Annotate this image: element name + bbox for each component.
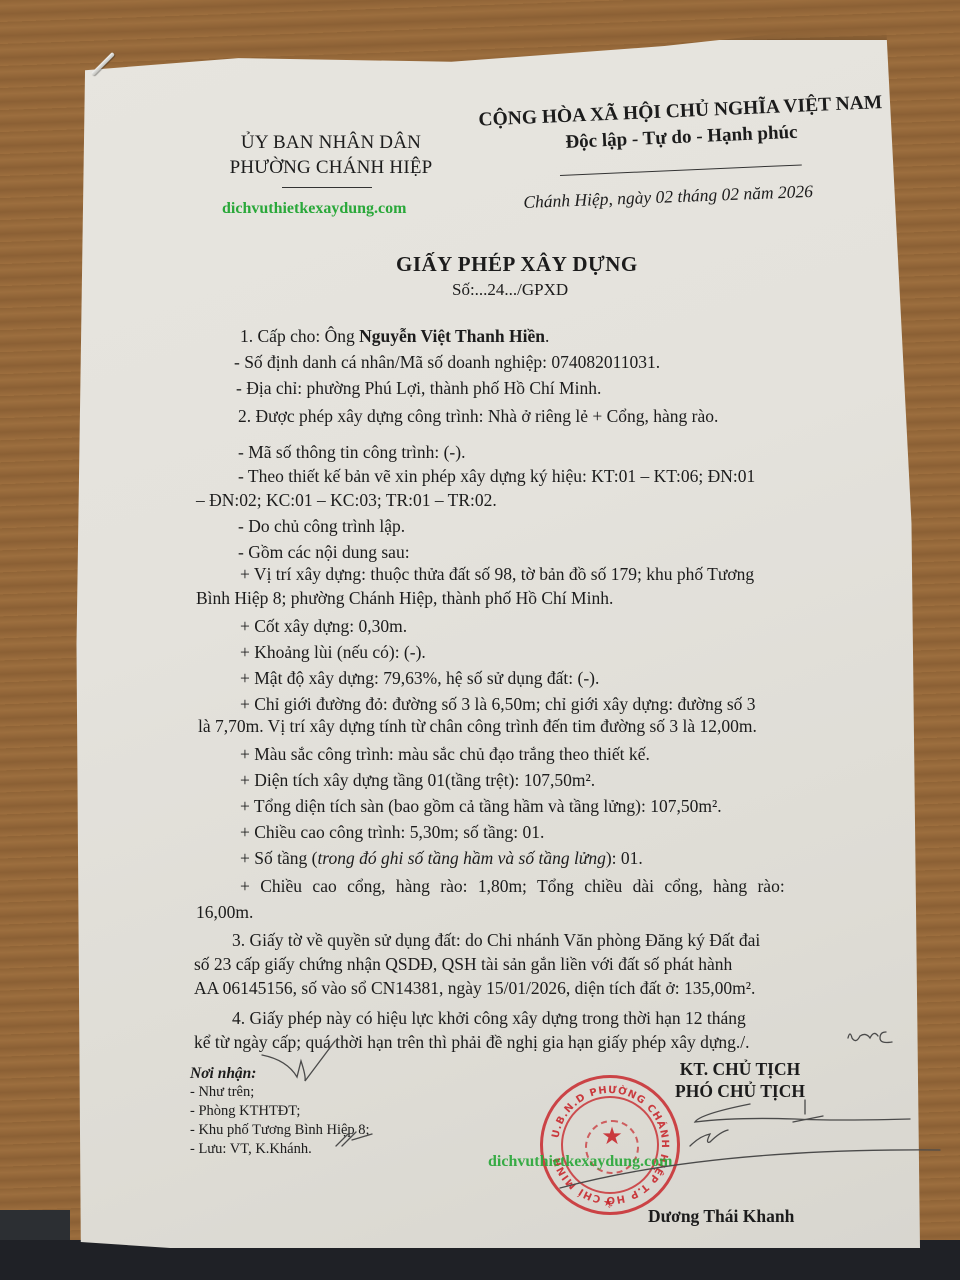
initial-mark-icon [262,1041,335,1081]
permit-document: ỦY BAN NHÂN DÂN PHƯỜNG CHÁNH HIỆP CỘNG H… [0,0,960,1280]
handwritten-signatures [0,0,960,1280]
